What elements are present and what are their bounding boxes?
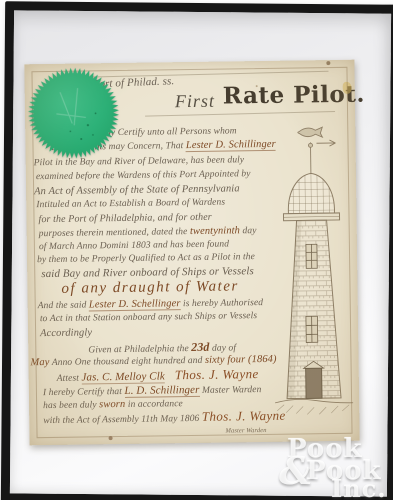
engraved-text: I hereby Certify that [43, 387, 125, 398]
warden-signature: Thos. J. Wayne [175, 366, 259, 382]
seal-starburst [27, 67, 119, 159]
engraved-text: in accordance [125, 399, 183, 410]
engraved-text: day of [209, 343, 236, 353]
handwritten-word: sworn [99, 399, 125, 410]
body-line-15: Accordingly [40, 327, 92, 340]
photo-background: Port of Philad. ss. First Rate Pilot. Th… [0, 0, 393, 500]
assembly-line: with the Act of Assembly 11th May 1806 T… [43, 409, 286, 427]
body-line-4: examined before the Wardens of this Port… [36, 169, 251, 183]
pilot-name: Lester D. Schillinger [186, 139, 276, 152]
clerk-signature: Jas. C. Melloy Clk [81, 370, 165, 384]
green-embossed-seal [26, 66, 120, 160]
body-line-9: of March Anno Domini 1803 and has been f… [39, 239, 229, 253]
body-line-14: to Act in that Station onboard any such … [40, 311, 257, 325]
body-line-5: An Act of Assembly of the State of Penns… [34, 183, 240, 198]
certify-line: I hereby Certify that L. D. Schillinger … [43, 383, 262, 399]
engraved-text: is hereby Authorised [180, 298, 263, 309]
body-line-10: by them to be Properly Qualified to Act … [37, 252, 255, 266]
header-first: First [175, 91, 215, 112]
lighthouse-door [304, 361, 325, 398]
pilot-name: L. D. Schillinger [124, 384, 199, 398]
lighthouse-illustration [269, 118, 355, 433]
engraved-text: has been duly [43, 400, 99, 411]
engraved-text: Given at Philadelphia the [88, 344, 191, 355]
handwritten-year: sixty four (1864) [205, 354, 277, 366]
paper-specks [24, 64, 26, 66]
handwritten-draught-line: of any draught of Water [61, 278, 239, 298]
attest-line: Attest Jas. C. Melloy ClkThos. J. Wayne [57, 367, 259, 385]
engraved-text: Master Warden [199, 385, 261, 396]
body-line-8: purposes therein mentioned, dated the tw… [39, 225, 257, 240]
engraved-text: day [240, 226, 257, 236]
body-line-7: for the Port of Philadelphia, and for ot… [38, 212, 211, 226]
lighthouse-weathervane [298, 127, 336, 175]
engraved-text: Attest [57, 374, 82, 384]
engraved-text: purposes therein mentioned, dated the [39, 227, 190, 239]
paper-stain [343, 82, 352, 94]
warden-signature: Thos. J. Wayne [202, 408, 286, 424]
engraved-text: And the said [38, 300, 89, 311]
certificate-document: Port of Philad. ss. First Rate Pilot. Th… [24, 60, 359, 446]
engraved-text: with the Act of Assembly 11th May 1806 [43, 414, 202, 426]
body-line-13: And the said Lester D. Schellinger is he… [38, 297, 264, 312]
lighthouse-ground [275, 399, 353, 415]
pilot-name: Lester D. Schellinger [89, 298, 181, 311]
handwritten-month: May [30, 357, 49, 368]
printed-rule [145, 111, 335, 117]
body-line-6: Intituled an Act to Establish a Board of… [36, 198, 225, 212]
master-warden-caption: Master Warden [225, 427, 266, 435]
handwritten-date: twentyninth [190, 225, 240, 237]
watermark-text: Inc. [331, 474, 387, 500]
lighthouse-dome [283, 173, 340, 221]
handwritten-day: 23d [191, 340, 210, 354]
